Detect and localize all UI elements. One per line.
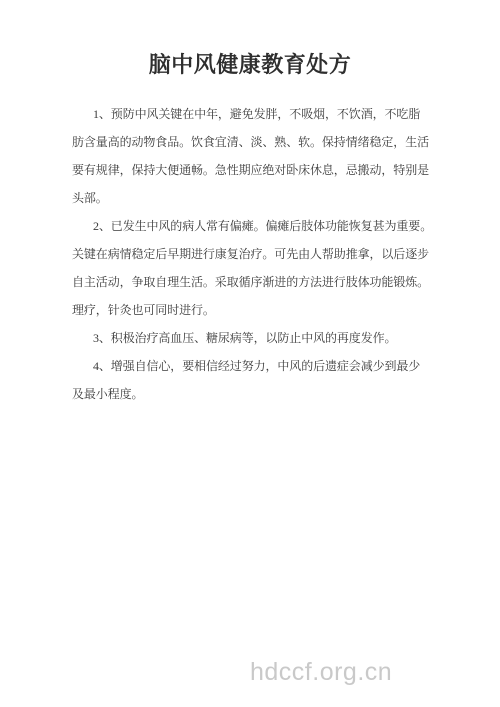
document-body: 1、预防中风关键在中年，避免发胖，不吸烟，不饮酒，不吃脂 肪含量高的动物食品。饮… — [72, 100, 428, 408]
text-line: 关键在病情稳定后早期进行康复治疗。可先由人帮助推拿，以后逐步 — [72, 240, 428, 268]
text-line: 肪含量高的动物食品。饮食宜清、淡、熟、软。保持情绪稳定，生活 — [72, 128, 428, 156]
text-line: 要有规律，保持大便通畅。急性期应绝对卧床休息，忌搬动，特别是 — [72, 156, 428, 184]
paragraph-1: 1、预防中风关键在中年，避免发胖，不吸烟，不饮酒，不吃脂 肪含量高的动物食品。饮… — [72, 100, 428, 212]
text-line: 理疗，针灸也可同时进行。 — [72, 296, 428, 324]
document-title: 脑中风健康教育处方 — [0, 51, 500, 79]
text-line: 4、增强自信心，要相信经过努力，中风的后遗症会减少到最少 — [72, 352, 428, 380]
text-line: 2、已发生中风的病人常有偏瘫。偏瘫后肢体功能恢复甚为重要。 — [72, 212, 428, 240]
document-page: 脑中风健康教育处方 1、预防中风关键在中年，避免发胖，不吸烟，不饮酒，不吃脂 肪… — [0, 0, 500, 707]
text-line: 头部。 — [72, 184, 428, 212]
text-line: 及最小程度。 — [72, 380, 428, 408]
text-line: 1、预防中风关键在中年，避免发胖，不吸烟，不饮酒，不吃脂 — [72, 100, 428, 128]
paragraph-4: 4、增强自信心，要相信经过努力，中风的后遗症会减少到最少 及最小程度。 — [72, 352, 428, 408]
text-line: 自主活动，争取自理生活。采取循序渐进的方法进行肢体功能锻炼。 — [72, 268, 428, 296]
watermark-text: hdccf.org.cn — [250, 659, 392, 685]
paragraph-3: 3、积极治疗高血压、糖尿病等，以防止中风的再度发作。 — [72, 324, 428, 352]
paragraph-2: 2、已发生中风的病人常有偏瘫。偏瘫后肢体功能恢复甚为重要。 关键在病情稳定后早期… — [72, 212, 428, 324]
text-line: 3、积极治疗高血压、糖尿病等，以防止中风的再度发作。 — [72, 324, 428, 352]
